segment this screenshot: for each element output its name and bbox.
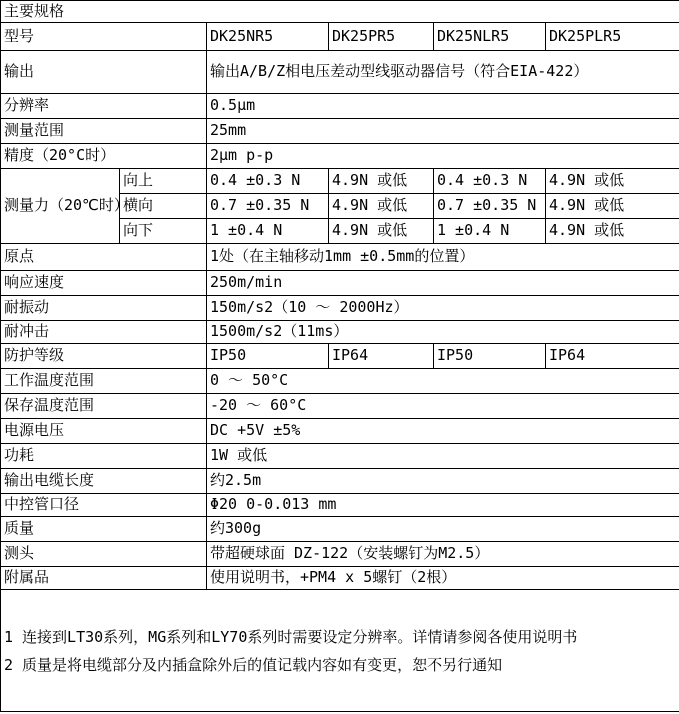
force-direction-down: 向下 <box>120 219 207 244</box>
spec-row-stem-diameter: 中控管口径 Φ20 0-0.013 mm <box>1 494 679 517</box>
spec-row-shock: 耐冲击 1500m/s2（11ms） <box>1 321 679 344</box>
protection-label: 防护等级 <box>1 344 207 369</box>
force-down-value-1: 4.9N 或低 <box>329 219 434 244</box>
protection-value-3: IP64 <box>546 344 679 369</box>
note-1: 1 连接到LT30系列，MG系列和LY70系列时需要设定分辨率。详情请参阅各使用… <box>4 623 679 651</box>
force-lateral-value-1: 4.9N 或低 <box>329 194 434 219</box>
spec-row-accuracy: 精度（20°C时） 2μm p-p <box>1 144 679 169</box>
spec-row-storage-temp: 保存温度范围 -20 ～ 60°C <box>1 394 679 419</box>
storage-temp-value: -20 ～ 60°C <box>207 394 679 419</box>
cable-length-value: 约2.5m <box>207 469 679 494</box>
spec-row-response-speed: 响应速度 250m/min <box>1 271 679 296</box>
model-value-2: DK25NLR5 <box>434 23 546 51</box>
page-title: 主要规格 <box>1 1 679 23</box>
storage-temp-label: 保存温度范围 <box>1 394 207 419</box>
operating-temp-value: 0 ～ 50°C <box>207 369 679 394</box>
accessories-value: 使用说明书，+PM4 x 5螺钉（2根） <box>207 567 679 590</box>
output-value: 输出A/B/Z相电压差动型线驱动器信号（符合EIA-422） <box>207 51 679 94</box>
force-direction-up: 向上 <box>120 169 207 194</box>
accuracy-label: 精度（20°C时） <box>1 144 207 169</box>
measuring-range-label: 测量范围 <box>1 119 207 144</box>
spec-row-probe: 测头 带超硬球面 DZ-122（安装螺钉为M2.5） <box>1 542 679 567</box>
model-value-1: DK25PR5 <box>329 23 434 51</box>
origin-label: 原点 <box>1 244 207 271</box>
spec-row-mass: 质量 约300g <box>1 517 679 542</box>
probe-label: 测头 <box>1 542 207 567</box>
spec-row-accessories: 附属品 使用说明书，+PM4 x 5螺钉（2根） <box>1 567 679 590</box>
protection-value-2: IP50 <box>434 344 546 369</box>
accuracy-value: 2μm p-p <box>207 144 679 169</box>
force-down-value-2: 1 ±0.4 N <box>434 219 546 244</box>
mass-value: 约300g <box>207 517 679 542</box>
spec-row-operating-temp: 工作温度范围 0 ～ 50°C <box>1 369 679 394</box>
force-lateral-value-2: 0.7 ±0.35 N <box>434 194 546 219</box>
power-consumption-value: 1W 或低 <box>207 444 679 469</box>
force-lateral-value-3: 4.9N 或低 <box>546 194 679 219</box>
spec-row-cable-length: 输出电缆长度 约2.5m <box>1 469 679 494</box>
accessories-label: 附属品 <box>1 567 207 590</box>
force-down-value-3: 4.9N 或低 <box>546 219 679 244</box>
resolution-value: 0.5μm <box>207 94 679 119</box>
mass-label: 质量 <box>1 517 207 542</box>
measuring-force-label: 测量力（20℃时） <box>1 169 120 244</box>
notes-cell: 1 连接到LT30系列，MG系列和LY70系列时需要设定分辨率。详情请参阅各使用… <box>1 590 679 712</box>
force-down-value-0: 1 ±0.4 N <box>207 219 329 244</box>
supply-voltage-label: 电源电压 <box>1 419 207 444</box>
spec-row-protection: 防护等级 IP50 IP64 IP50 IP64 <box>1 344 679 369</box>
force-up-value-3: 4.9N 或低 <box>546 169 679 194</box>
stem-diameter-value: Φ20 0-0.013 mm <box>207 494 679 517</box>
force-lateral-value-0: 0.7 ±0.35 N <box>207 194 329 219</box>
spec-row-origin: 原点 1处（在主轴移动1mm ±0.5mm的位置） <box>1 244 679 271</box>
protection-value-0: IP50 <box>207 344 329 369</box>
spec-row-power-consumption: 功耗 1W 或低 <box>1 444 679 469</box>
response-speed-label: 响应速度 <box>1 271 207 296</box>
spec-row-measuring-range: 测量范围 25mm <box>1 119 679 144</box>
title-row: 主要规格 <box>1 1 679 23</box>
model-label: 型号 <box>1 23 207 51</box>
response-speed-value: 250m/min <box>207 271 679 296</box>
operating-temp-label: 工作温度范围 <box>1 369 207 394</box>
note-2: 2 质量是将电缆部分及内插盒除外后的值记载内容如有变更，恕不另行通知 <box>4 651 679 679</box>
spec-row-model: 型号 DK25NR5 DK25PR5 DK25NLR5 DK25PLR5 <box>1 23 679 51</box>
model-value-0: DK25NR5 <box>207 23 329 51</box>
resolution-label: 分辨率 <box>1 94 207 119</box>
origin-value: 1处（在主轴移动1mm ±0.5mm的位置） <box>207 244 679 271</box>
shock-value: 1500m/s2（11ms） <box>207 321 679 344</box>
supply-voltage-value: DC +5V ±5% <box>207 419 679 444</box>
power-consumption-label: 功耗 <box>1 444 207 469</box>
spec-row-force-up: 测量力（20℃时） 向上 0.4 ±0.3 N 4.9N 或低 0.4 ±0.3… <box>1 169 679 194</box>
model-value-3: DK25PLR5 <box>546 23 679 51</box>
force-up-value-0: 0.4 ±0.3 N <box>207 169 329 194</box>
shock-label: 耐冲击 <box>1 321 207 344</box>
output-label: 输出 <box>1 51 207 94</box>
vibration-label: 耐振动 <box>1 296 207 321</box>
measuring-range-value: 25mm <box>207 119 679 144</box>
probe-value: 带超硬球面 DZ-122（安装螺钉为M2.5） <box>207 542 679 567</box>
spec-row-vibration: 耐振动 150m/s2（10 ～ 2000Hz） <box>1 296 679 321</box>
notes-row: 1 连接到LT30系列，MG系列和LY70系列时需要设定分辨率。详情请参阅各使用… <box>1 590 679 712</box>
spec-row-resolution: 分辨率 0.5μm <box>1 94 679 119</box>
vibration-value: 150m/s2（10 ～ 2000Hz） <box>207 296 679 321</box>
cable-length-label: 输出电缆长度 <box>1 469 207 494</box>
force-up-value-2: 0.4 ±0.3 N <box>434 169 546 194</box>
force-direction-lateral: 横向 <box>120 194 207 219</box>
force-up-value-1: 4.9N 或低 <box>329 169 434 194</box>
spec-row-output: 输出 输出A/B/Z相电压差动型线驱动器信号（符合EIA-422） <box>1 51 679 94</box>
spec-row-supply-voltage: 电源电压 DC +5V ±5% <box>1 419 679 444</box>
spec-table: 主要规格 型号 DK25NR5 DK25PR5 DK25NLR5 DK25PLR… <box>0 0 679 712</box>
stem-diameter-label: 中控管口径 <box>1 494 207 517</box>
protection-value-1: IP64 <box>329 344 434 369</box>
